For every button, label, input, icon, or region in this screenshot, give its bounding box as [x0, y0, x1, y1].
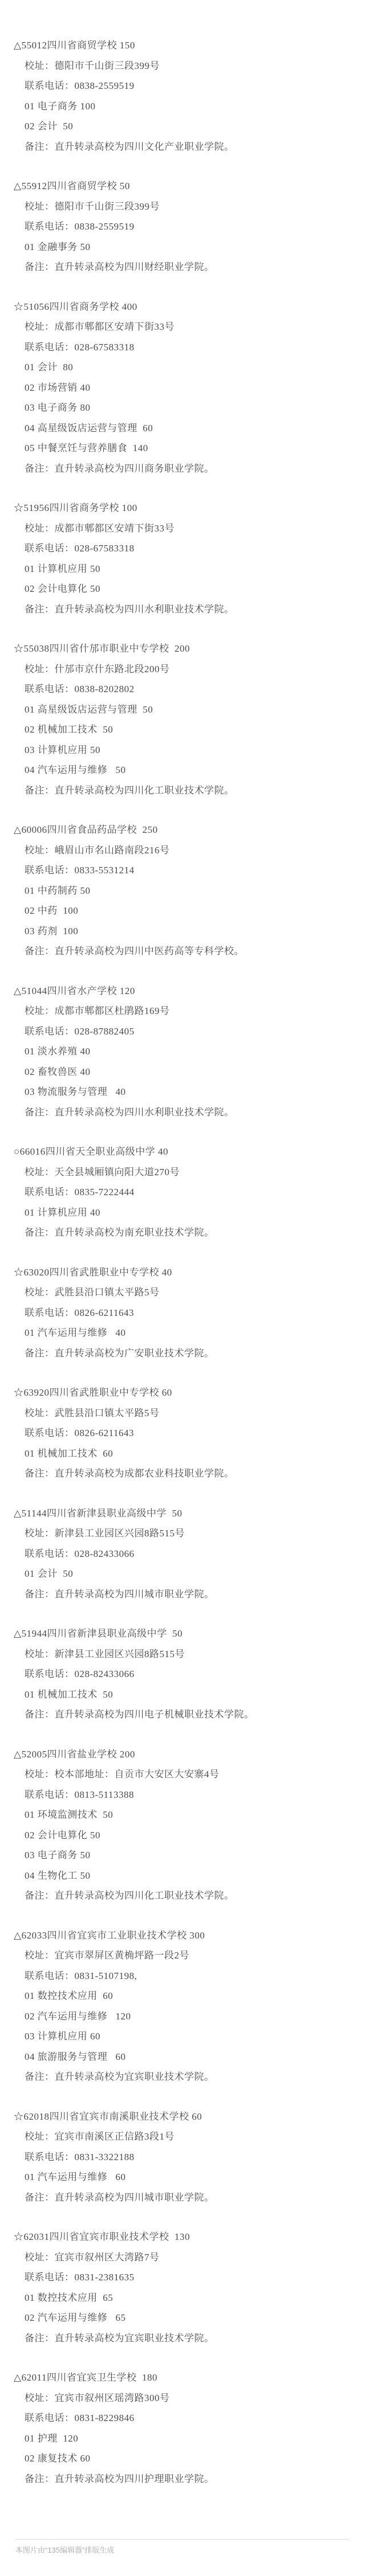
major-line: 02 汽车运用与维修 65 — [0, 2308, 365, 2328]
school-note: 备注：直升转录高校为四川化工职业技术学院。 — [0, 780, 365, 801]
major-line: 03 计算机应用 60 — [0, 2026, 365, 2047]
school-phone: 联系电话：0835-7222444 — [0, 1182, 365, 1203]
school-header: ☆63920四川省武胜职业中专学校 60 — [0, 1383, 365, 1403]
school-address: 校址：校本部地址：自贡市大安区大安寨4号 — [0, 1764, 365, 1785]
major-line: 03 物流服务与管理 40 — [0, 1082, 365, 1102]
school-note: 备注：直升转录高校为广安职业技术学院。 — [0, 1343, 365, 1364]
school-phone: 联系电话：0831-8229846 — [0, 2408, 365, 2428]
school-note: 备注：直升转录高校为四川电子机械职业技术学院。 — [0, 1704, 365, 1725]
school-address: 校址：天全县城厢镇向阳大道270号 — [0, 1162, 365, 1183]
school-address: 校址：成都市郫都区杜鹃路169号 — [0, 1001, 365, 1021]
school-block: ☆63920四川省武胜职业中专学校 60 校址：武胜县沿口镇太平路5号 联系电话… — [0, 1383, 365, 1484]
school-phone: 联系电话：0826-6211643 — [0, 1303, 365, 1323]
major-line: 01 电子商务 100 — [0, 96, 365, 117]
school-address: 校址：宜宾市翠屏区黄桷坪路一段2号 — [0, 1945, 365, 1966]
major-line: 02 汽车运用与维修 120 — [0, 2006, 365, 2027]
major-line: 03 电子商务 80 — [0, 398, 365, 418]
school-block: △51044四川省水产学校 120 校址：成都市郫都区杜鹃路169号 联系电话：… — [0, 981, 365, 1123]
school-phone: 联系电话：028-82433066 — [0, 1664, 365, 1684]
school-header: △62011四川省宜宾卫生学校 180 — [0, 2368, 365, 2388]
school-address: 校址：成都市郫都区安靖下街33号 — [0, 317, 365, 337]
major-line: 01 机械加工技术 50 — [0, 1684, 365, 1705]
school-note: 备注：直升转录高校为四川护理职业学院。 — [0, 2469, 365, 2489]
school-note: 备注：直升转录高校为四川化工职业技术学院。 — [0, 1886, 365, 1906]
school-note: 备注：直升转录高校为成都农业科技职业学院。 — [0, 1463, 365, 1484]
school-block: △51144四川省新津县职业高级中学 50 校址：新津县工业园区兴园8路515号… — [0, 1503, 365, 1605]
major-line: 03 电子商务 50 — [0, 1845, 365, 1866]
school-address: 校址：德阳市千山街三段399号 — [0, 56, 365, 76]
school-header: △52005四川省盐业学校 200 — [0, 1744, 365, 1765]
major-line: 01 数控技术应用 65 — [0, 2288, 365, 2308]
major-line: 03 药剂 100 — [0, 921, 365, 942]
school-header: ☆63020四川省武胜职业中专学校 40 — [0, 1262, 365, 1283]
major-line: 01 汽车运用与维修 60 — [0, 2167, 365, 2187]
school-note: 备注：直升转录高校为四川水利职业技术学院。 — [0, 599, 365, 620]
major-line: 05 中餐烹饪与营养膳食 140 — [0, 438, 365, 459]
major-line: 01 计算机应用 40 — [0, 1203, 365, 1223]
school-block: ☆51056四川省商务学校 400 校址：成都市郫都区安靖下街33号 联系电话：… — [0, 297, 365, 479]
major-line: 04 高星级饭店运营与管理 60 — [0, 418, 365, 439]
school-note: 备注：直升转录高校为南充职业技术学院。 — [0, 1222, 365, 1243]
school-header: △60006四川省食品药品学校 250 — [0, 820, 365, 840]
school-address: 校址：武胜县沿口镇太平路5号 — [0, 1403, 365, 1424]
major-line: 01 数控技术应用 60 — [0, 1986, 365, 2006]
major-line: 02 畜牧兽医 40 — [0, 1062, 365, 1082]
school-address: 校址：峨眉山市名山路南段216号 — [0, 840, 365, 861]
school-block: ☆51956四川省商务学校 100 校址：成都市郫都区安靖下街33号 联系电话：… — [0, 498, 365, 619]
major-line: 01 金融事务 50 — [0, 237, 365, 257]
major-line: 02 会计 50 — [0, 116, 365, 137]
school-block: ☆55038四川省什邡市职业中专学校 200 校址：什邡市京什东路北段200号 … — [0, 639, 365, 800]
school-note: 备注：直升转录高校为四川城市职业学院。 — [0, 2187, 365, 2208]
school-phone: 联系电话：0826-6211643 — [0, 1423, 365, 1444]
school-block: △52005四川省盐业学校 200 校址：校本部地址：自贡市大安区大安寨4号 联… — [0, 1744, 365, 1906]
major-line: 01 会计 50 — [0, 1564, 365, 1584]
school-block: △55912四川省商贸学校 50 校址：德阳市千山街三段399号 联系电话：08… — [0, 176, 365, 277]
major-line: 04 生物化工 50 — [0, 1866, 365, 1886]
school-note: 备注：直升转录高校为四川中医药高等专科学校。 — [0, 941, 365, 962]
school-block: ☆62018四川省宜宾市南溪职业技术学校 60 校址：宜宾市南溪区正信路3段1号… — [0, 2107, 365, 2208]
major-line: 01 中药制药 50 — [0, 881, 365, 901]
footer: 本图片由“135编辑器”排版生成 — [0, 2508, 365, 2555]
school-phone: 联系电话：0831-2381635 — [0, 2267, 365, 2288]
school-header: △51044四川省水产学校 120 — [0, 981, 365, 1001]
school-phone: 联系电话：0833-5531214 — [0, 860, 365, 881]
major-line: 01 环境监测技术 50 — [0, 1805, 365, 1825]
school-phone: 联系电话：0831-5107198, — [0, 1966, 365, 1986]
major-line: 02 会计电算化 50 — [0, 1825, 365, 1846]
school-block: △62033四川省宜宾市工业职业技术学校 300 校址：宜宾市翠屏区黄桷坪路一段… — [0, 1925, 365, 2087]
school-phone: 联系电话：0838-2559519 — [0, 76, 365, 96]
major-line: 01 会计 80 — [0, 357, 365, 378]
school-note: 备注：直升转录高校为宜宾职业技术学院。 — [0, 2328, 365, 2349]
major-line: 02 会计电算化 50 — [0, 579, 365, 599]
major-line: 04 汽车运用与维修 50 — [0, 760, 365, 780]
school-header: ☆55038四川省什邡市职业中专学校 200 — [0, 639, 365, 659]
school-header: △55912四川省商贸学校 50 — [0, 176, 365, 197]
major-line: 02 市场营销 40 — [0, 378, 365, 398]
major-line: 02 中药 100 — [0, 901, 365, 921]
major-line: 01 护理 120 — [0, 2428, 365, 2449]
school-address: 校址：成都市郫都区安靖下街33号 — [0, 518, 365, 539]
school-address: 校址：新津县工业园区兴园8路515号 — [0, 1644, 365, 1665]
school-header: △62033四川省宜宾市工业职业技术学校 300 — [0, 1925, 365, 1946]
school-address: 校址：新津县工业园区兴园8路515号 — [0, 1523, 365, 1544]
school-header: ☆51056四川省商务学校 400 — [0, 297, 365, 317]
school-block: △55012四川省商贸学校 150 校址：德阳市千山街三段399号 联系电话：0… — [0, 35, 365, 157]
school-phone: 联系电话：0831-3322188 — [0, 2147, 365, 2168]
school-header: ☆51956四川省商务学校 100 — [0, 498, 365, 518]
major-line: 02 机械加工技术 50 — [0, 719, 365, 740]
school-address: 校址：宜宾市叙州区大湾路7号 — [0, 2247, 365, 2268]
school-block: ☆63020四川省武胜职业中专学校 40 校址：武胜县沿口镇太平路5号 联系电话… — [0, 1262, 365, 1364]
school-header: △51944四川省新津县职业高级中学 50 — [0, 1624, 365, 1644]
school-note: 备注：直升转录高校为四川城市职业学院。 — [0, 1584, 365, 1605]
major-line: 01 机械加工技术 60 — [0, 1444, 365, 1464]
major-line: 01 高星级饭店运营与管理 50 — [0, 700, 365, 720]
school-phone: 联系电话：0838-8202802 — [0, 679, 365, 700]
school-phone: 联系电话：0813-5113388 — [0, 1785, 365, 1805]
school-address: 校址：宜宾市南溪区正信路3段1号 — [0, 2127, 365, 2147]
major-line: 02 康复技术 60 — [0, 2448, 365, 2469]
school-block: ☆62031四川省宜宾市职业技术学校 130 校址：宜宾市叙州区大湾路7号 联系… — [0, 2227, 365, 2348]
school-address: 校址：什邡市京什东路北段200号 — [0, 659, 365, 680]
school-note: 备注：直升转录高校为四川商务职业学院。 — [0, 459, 365, 479]
school-address: 校址：武胜县沿口镇太平路5号 — [0, 1282, 365, 1303]
school-phone: 联系电话：0838-2559519 — [0, 216, 365, 237]
school-note: 备注：直升转录高校为宜宾职业技术学院。 — [0, 2067, 365, 2087]
school-block: △62011四川省宜宾卫生学校 180 校址：宜宾市叙州区瑶湾路300号 联系电… — [0, 2368, 365, 2489]
school-block: △60006四川省食品药品学校 250 校址：峨眉山市名山路南段216号 联系电… — [0, 820, 365, 962]
school-address: 校址：德阳市千山街三段399号 — [0, 197, 365, 217]
school-block: ○66016四川省天全职业高级中学 40 校址：天全县城厢镇向阳大道270号 联… — [0, 1142, 365, 1243]
footer-credit-text: 本图片由“135编辑器”排版生成 — [0, 2540, 365, 2555]
major-line: 04 旅游服务与管理 60 — [0, 2047, 365, 2067]
school-phone: 联系电话：028-82433066 — [0, 1544, 365, 1564]
school-address: 校址：宜宾市叙州区瑶湾路300号 — [0, 2388, 365, 2409]
school-header: △51144四川省新津县职业高级中学 50 — [0, 1503, 365, 1524]
document-page: △55012四川省商贸学校 150 校址：德阳市千山街三段399号 联系电话：0… — [0, 0, 365, 2576]
school-header: △55012四川省商贸学校 150 — [0, 35, 365, 56]
major-line: 03 计算机应用 50 — [0, 740, 365, 760]
major-line: 01 淡水养殖 40 — [0, 1041, 365, 1062]
school-phone: 联系电话：028-87882405 — [0, 1021, 365, 1042]
school-note: 备注：直升转录高校为四川水利职业技术学院。 — [0, 1102, 365, 1123]
school-header: ☆62031四川省宜宾市职业技术学校 130 — [0, 2227, 365, 2247]
school-header: ☆62018四川省宜宾市南溪职业技术学校 60 — [0, 2107, 365, 2127]
school-phone: 联系电话：028-67583318 — [0, 337, 365, 358]
school-note: 备注：直升转录高校为四川财经职业学院。 — [0, 257, 365, 277]
school-phone: 联系电话：028-67583318 — [0, 538, 365, 559]
major-line: 01 计算机应用 50 — [0, 559, 365, 579]
school-block: △51944四川省新津县职业高级中学 50 校址：新津县工业园区兴园8路515号… — [0, 1624, 365, 1725]
school-note: 备注：直升转录高校为四川文化产业职业学院。 — [0, 137, 365, 157]
major-line: 01 汽车运用与维修 40 — [0, 1323, 365, 1343]
school-header: ○66016四川省天全职业高级中学 40 — [0, 1142, 365, 1162]
